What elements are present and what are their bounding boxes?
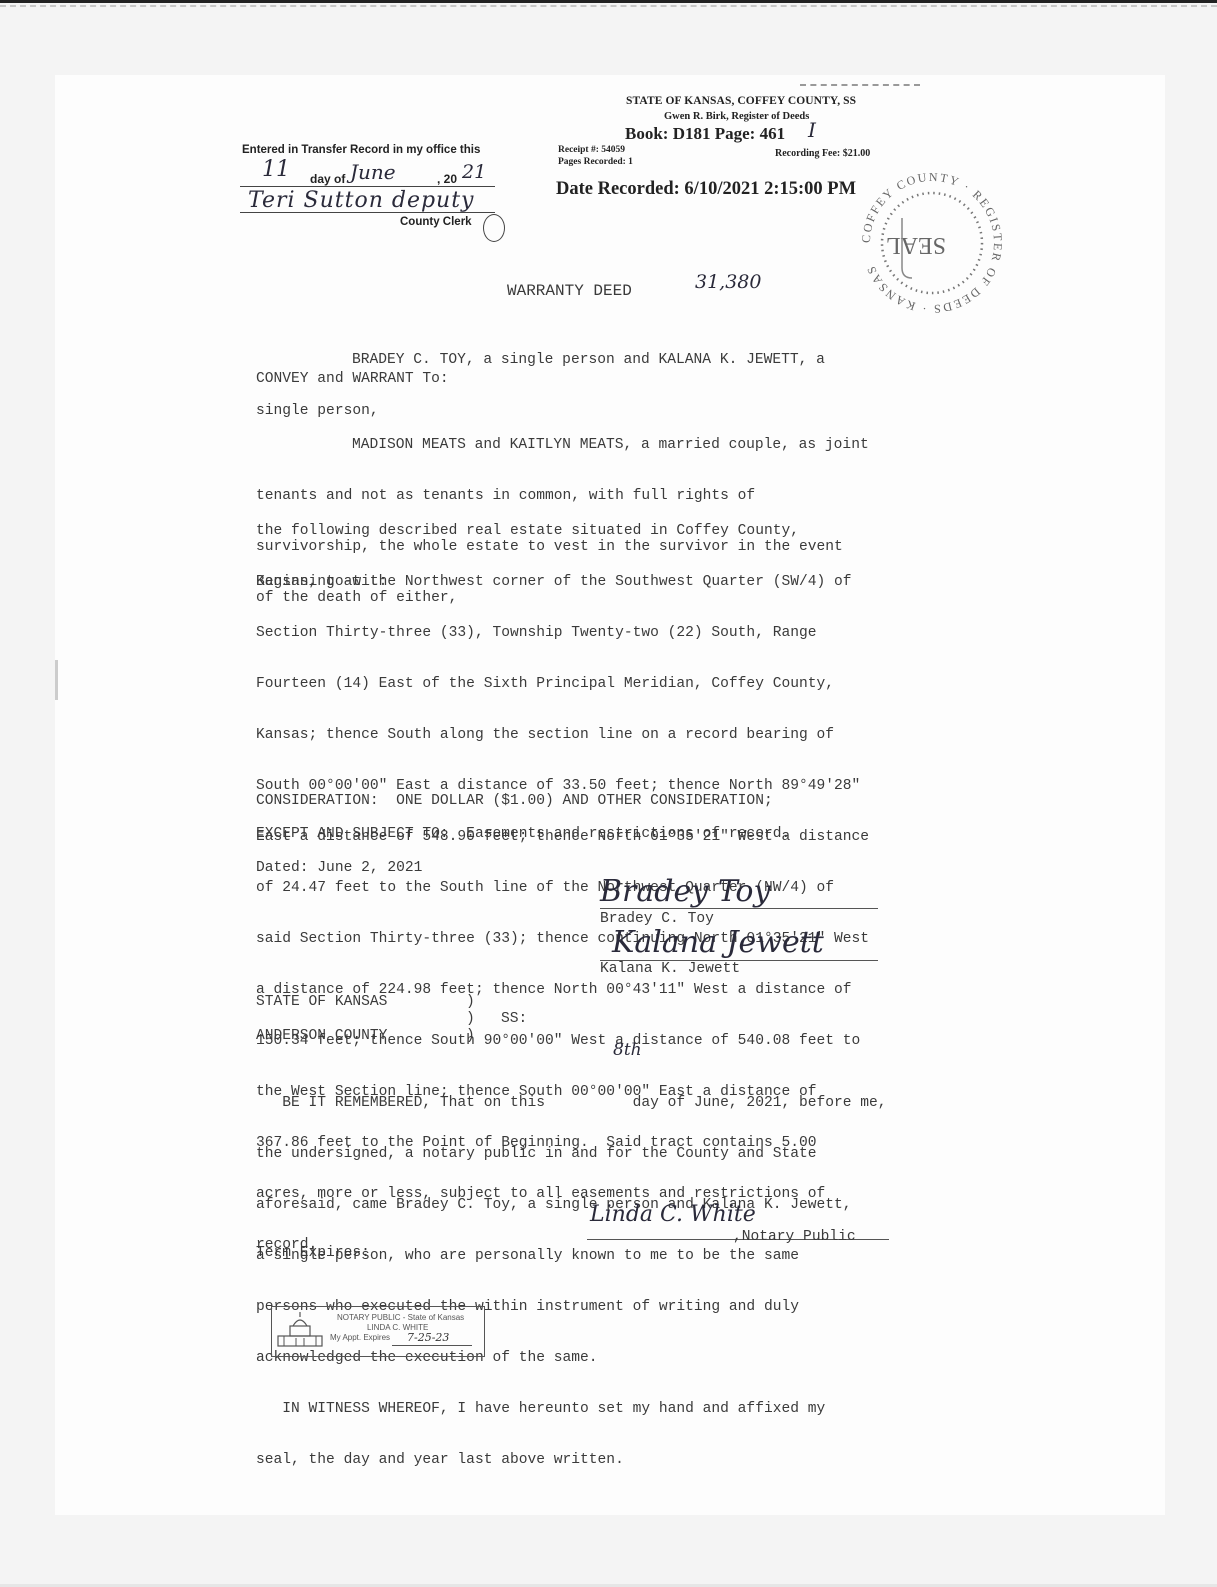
convey-warrant: CONVEY and WARRANT To: xyxy=(256,371,449,388)
transfer-year-suffix: 21 xyxy=(462,161,486,183)
ack-line: the undersigned, a notary public in and … xyxy=(256,1146,887,1163)
seal-center-text: SEAL xyxy=(886,232,946,258)
stamp-expiry-date: 7-25-23 xyxy=(407,1331,449,1344)
book-page: Book: D181 Page: 461 xyxy=(625,124,785,144)
legal-line: Fourteen (14) East of the Sixth Principa… xyxy=(256,676,869,693)
book-initial: I xyxy=(808,118,816,142)
capitol-building-icon xyxy=(276,1312,324,1348)
consideration: CONSIDERATION: ONE DOLLAR ($1.00) AND OT… xyxy=(256,793,773,810)
signer-name-2: Kalana K. Jewett xyxy=(600,961,740,978)
scan-artifact xyxy=(55,660,58,700)
ack-line: aforesaid, came Bradey C. Toy, a single … xyxy=(256,1197,887,1214)
signature-bradey: Bradey Toy xyxy=(600,874,770,909)
ack-paren: ) xyxy=(466,1028,475,1045)
legal-line: Kansas; thence South along the section l… xyxy=(256,727,869,744)
ack-ss: ) SS: xyxy=(466,1011,527,1028)
top-border xyxy=(0,0,1217,3)
county-seal-icon: COFFEY COUNTY · REGISTER OF DEEDS · KANS… xyxy=(857,163,1007,323)
acknowledgment-paragraph: BE IT REMEMBERED, That on this day of Ju… xyxy=(256,1061,887,1486)
ack-paren: ) xyxy=(466,994,475,1011)
ack-line: IN WITNESS WHEREOF, I have hereunto set … xyxy=(256,1401,887,1418)
receipt-number: Receipt #: 54059 xyxy=(558,145,625,155)
transfer-date-line xyxy=(240,186,495,187)
grantors-line: BRADEY C. TOY, a single person and KALAN… xyxy=(256,352,825,369)
ack-line: BE IT REMEMBERED, That on this day of Ju… xyxy=(256,1095,887,1112)
dated: Dated: June 2, 2021 xyxy=(256,860,422,877)
notary-public-label: ,Notary Public xyxy=(733,1229,856,1246)
legal-line: Section Thirty-three (33), Township Twen… xyxy=(256,625,869,642)
ack-state: STATE OF KANSAS xyxy=(256,994,387,1011)
recording-state-county: STATE OF KANSAS, COFFEY COUNTY, SS xyxy=(626,95,856,107)
signature-line-1 xyxy=(600,908,878,909)
grantees-line: MADISON MEATS and KAITLYN MEATS, a marri… xyxy=(256,437,869,454)
legal-line: Beginning at the Northwest corner of the… xyxy=(256,574,869,591)
day-of-label: day of xyxy=(310,172,345,186)
register-of-deeds: Gwen R. Birk, Register of Deeds xyxy=(664,111,809,122)
recording-fee: Recording Fee: $21.00 xyxy=(775,148,870,159)
ack-day-handwritten: 8th xyxy=(613,1040,642,1060)
stamp-notary-state: NOTARY PUBLIC - State of Kansas xyxy=(337,1313,464,1322)
signature-flourish xyxy=(483,214,505,242)
ack-line: seal, the day and year last above writte… xyxy=(256,1452,887,1469)
deed-number: 31,380 xyxy=(695,271,761,293)
notary-stamp: NOTARY PUBLIC - State of Kansas LINDA C.… xyxy=(271,1306,485,1357)
top-dashed-edge xyxy=(0,5,1217,7)
date-recorded: Date Recorded: 6/10/2021 2:15:00 PM xyxy=(556,179,856,200)
transfer-day: 11 xyxy=(262,157,290,182)
pages-recorded: Pages Recorded: 1 xyxy=(558,157,633,167)
clerk-signature-line xyxy=(240,212,495,213)
scan-dashes xyxy=(800,84,920,86)
signature-kalana: Kalana Jewett xyxy=(612,925,824,960)
clerk-signature: Teri Sutton deputy xyxy=(248,188,474,213)
stamp-appt-label: My Appt. Expires xyxy=(330,1333,390,1342)
deed-title: WARRANTY DEED xyxy=(507,283,632,300)
notary-signature: Linda C. White xyxy=(590,1202,756,1227)
legal-line: of 24.47 feet to the South line of the N… xyxy=(256,880,869,897)
situated-line: the following described real estate situ… xyxy=(256,523,799,540)
county-clerk-label: County Clerk xyxy=(400,216,472,228)
stamp-expiry-line xyxy=(392,1345,472,1346)
transfer-record-label: Entered in Transfer Record in my office … xyxy=(242,144,480,156)
ack-county: ANDERSON COUNTY xyxy=(256,1028,387,1045)
transfer-month: June xyxy=(350,160,396,184)
transfer-year-prefix: , 20 xyxy=(437,172,457,186)
term-expires: Term Expires: xyxy=(256,1245,370,1262)
except-subject-to: EXCEPT AND SUBJECT TO: Easements and res… xyxy=(256,826,790,843)
